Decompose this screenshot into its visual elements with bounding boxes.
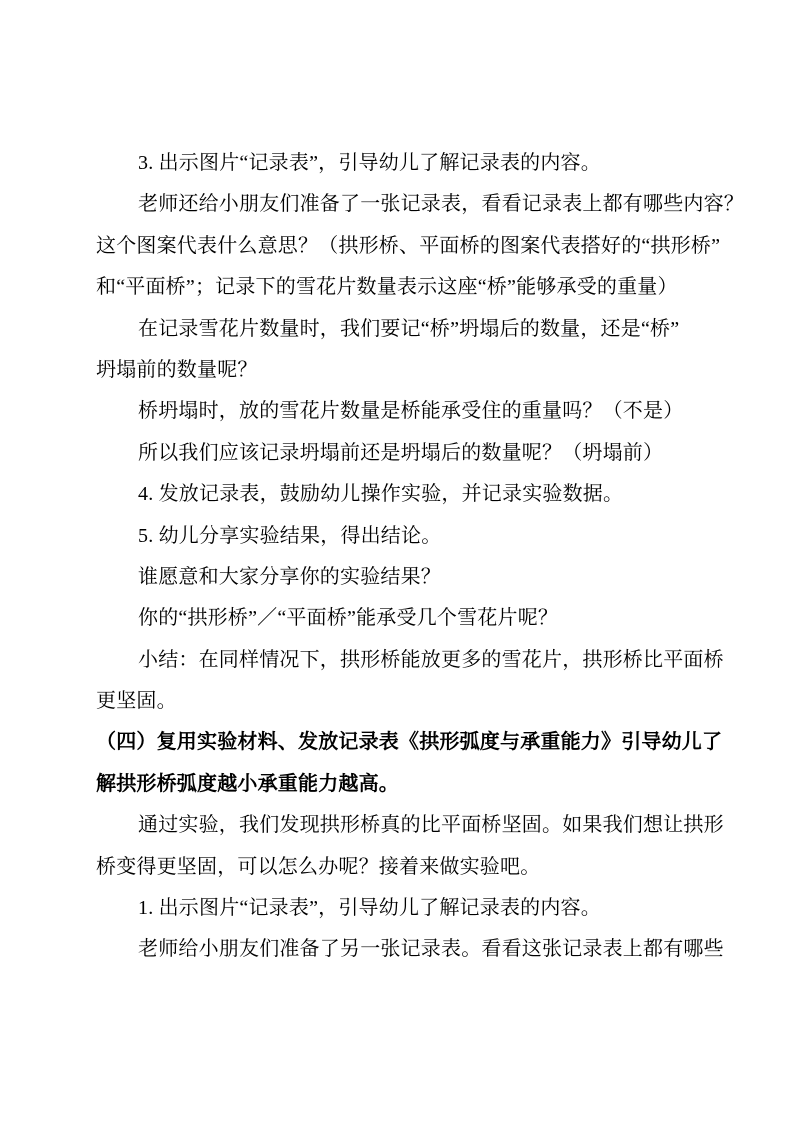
paragraph-line: 这个图案代表什么意思？（拱形桥、平面桥的图案代表搭好的“拱形桥” [96, 226, 702, 267]
paragraph-line: 3. 出示图片“记录表”，引导幼儿了解记录表的内容。 [96, 143, 702, 184]
paragraph-line: 和“平面桥”；记录下的雪花片数量表示这座“桥”能够承受的重量） [96, 267, 702, 308]
paragraph-line: 你的“拱形桥”／“平面桥”能承受几个雪花片呢？ [96, 598, 702, 639]
paragraph-line: 通过实验，我们发现拱形桥真的比平面桥坚固。如果我们想让拱形 [96, 805, 702, 846]
paragraph-line: 5. 幼儿分享实验结果，得出结论。 [96, 516, 702, 557]
paragraph-line: 老师还给小朋友们准备了一张记录表，看看记录表上都有哪些内容？ [96, 184, 702, 225]
paragraph-line: 小结：在同样情况下，拱形桥能放更多的雪花片，拱形桥比平面桥 [96, 640, 702, 681]
section-heading-line: （四）复用实验材料、发放记录表《拱形弧度与承重能力》引导幼儿了 [96, 722, 702, 763]
section-heading-line: 解拱形桥弧度越小承重能力越高。 [96, 764, 702, 805]
paragraph-line: 4. 发放记录表，鼓励幼儿操作实验，并记录实验数据。 [96, 474, 702, 515]
paragraph-line: 更坚固。 [96, 681, 702, 722]
paragraph-line: 谁愿意和大家分享你的实验结果？ [96, 557, 702, 598]
document-page: 3. 出示图片“记录表”，引导幼儿了解记录表的内容。 老师还给小朋友们准备了一张… [0, 0, 794, 1123]
paragraph-line: 桥变得更坚固，可以怎么办呢？接着来做实验吧。 [96, 847, 702, 888]
paragraph-line: 老师给小朋友们准备了另一张记录表。看看这张记录表上都有哪些 [96, 929, 702, 970]
paragraph-line: 在记录雪花片数量时，我们要记“桥”坍塌后的数量，还是“桥” [96, 309, 702, 350]
paragraph-line: 所以我们应该记录坍塌前还是坍塌后的数量呢？（坍塌前） [96, 433, 702, 474]
document-text-block: 3. 出示图片“记录表”，引导幼儿了解记录表的内容。 老师还给小朋友们准备了一张… [96, 143, 702, 971]
paragraph-line: 1. 出示图片“记录表”，引导幼儿了解记录表的内容。 [96, 888, 702, 929]
paragraph-line: 坍塌前的数量呢？ [96, 350, 702, 391]
paragraph-line: 桥坍塌时，放的雪花片数量是桥能承受住的重量吗？（不是） [96, 391, 702, 432]
